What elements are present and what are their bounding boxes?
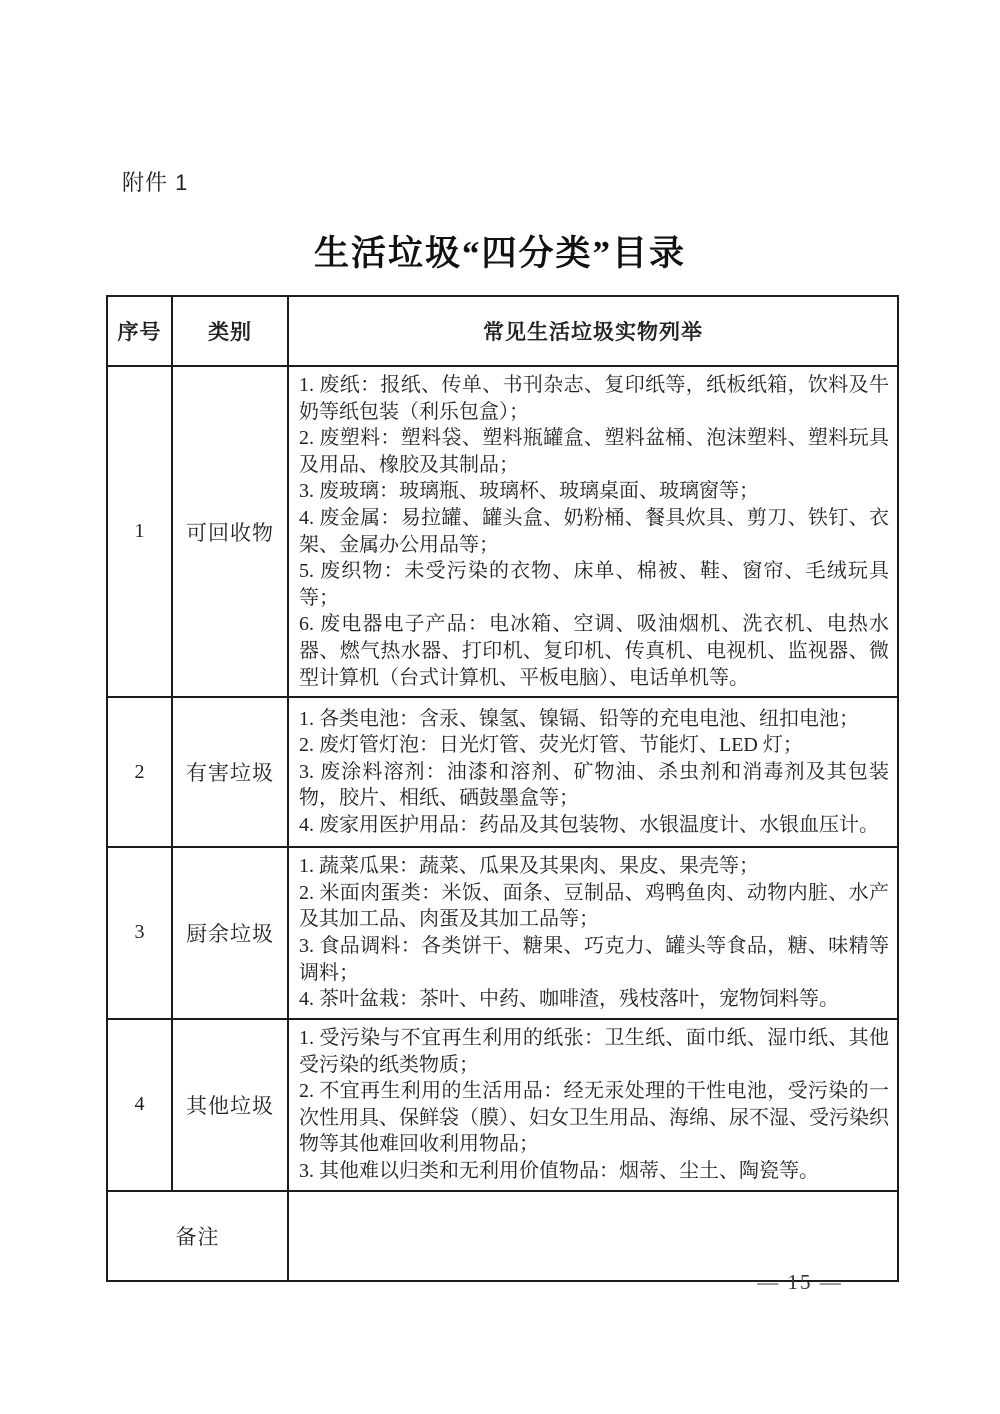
table-row-kitchen: 3 厨余垃圾 1. 蔬菜瓜果：蔬菜、瓜果及其果肉、果皮、果壳等； 2. 米面肉蛋… [107,847,898,1019]
page-title: 生活垃圾“四分类”目录 [0,226,1000,276]
example-item: 3. 废涂料溶剂：油漆和溶剂、矿物油、杀虫剂和消毒剂及其包装物，胶片、相纸、硒鼓… [299,759,889,812]
example-item: 4. 废金属：易拉罐、罐头盒、奶粉桶、餐具炊具、剪刀、铁钉、衣架、金属办公用品等… [299,505,889,558]
example-item: 4. 废家用医护用品：药品及其包装物、水银温度计、水银血压计。 [299,812,889,839]
table-header-row: 序号 类别 常见生活垃圾实物列举 [107,296,898,366]
table-row-recyclable: 1 可回收物 1. 废纸：报纸、传单、书刊杂志、复印纸等，纸板纸箱，饮料及牛奶等… [107,366,898,697]
column-header-category: 类别 [172,296,288,366]
attachment-label: 附件 1 [122,166,188,197]
example-item: 1. 蔬菜瓜果：蔬菜、瓜果及其果肉、果皮、果壳等； [299,853,889,880]
row-category: 厨余垃圾 [172,847,288,1019]
example-item: 3. 食品调料：各类饼干、糖果、巧克力、罐头等食品，糖、味精等调料； [299,933,889,986]
row-examples: 1. 受污染与不宜再生利用的纸张：卫生纸、面巾纸、湿巾纸、其他受污染的纸类物质；… [288,1019,898,1191]
row-examples: 1. 废纸：报纸、传单、书刊杂志、复印纸等，纸板纸箱，饮料及牛奶等纸包装（利乐包… [288,366,898,697]
row-category: 有害垃圾 [172,697,288,847]
example-item: 4. 茶叶盆栽：茶叶、中药、咖啡渣，残枝落叶，宠物饲料等。 [299,986,889,1013]
example-item: 2. 废塑料：塑料袋、塑料瓶罐盒、塑料盆桶、泡沫塑料、塑料玩具及用品、橡胶及其制… [299,425,889,478]
note-label: 备注 [107,1191,288,1281]
row-number: 2 [107,697,172,847]
example-item: 2. 不宜再生利用的生活用品：经无汞处理的干性电池，受污染的一次性用具、保鲜袋（… [299,1078,889,1158]
example-item: 1. 受污染与不宜再生利用的纸张：卫生纸、面巾纸、湿巾纸、其他受污染的纸类物质； [299,1025,889,1078]
page-number: — 15 — [0,1270,1000,1295]
example-item: 1. 废纸：报纸、传单、书刊杂志、复印纸等，纸板纸箱，饮料及牛奶等纸包装（利乐包… [299,372,889,425]
table-row-note: 备注 [107,1191,898,1281]
example-item: 6. 废电器电子产品：电冰箱、空调、吸油烟机、洗衣机、电热水器、燃气热水器、打印… [299,611,889,691]
waste-category-table: 序号 类别 常见生活垃圾实物列举 1 可回收物 1. 废纸：报纸、传单、书刊杂志… [106,295,899,1282]
example-item: 1. 各类电池：含汞、镍氢、镍镉、铅等的充电电池、纽扣电池； [299,706,889,733]
page-number-text: — 15 — [757,1270,843,1295]
example-item: 3. 废玻璃：玻璃瓶、玻璃杯、玻璃桌面、玻璃窗等； [299,478,889,505]
row-examples: 1. 蔬菜瓜果：蔬菜、瓜果及其果肉、果皮、果壳等； 2. 米面肉蛋类：米饭、面条… [288,847,898,1019]
row-category: 其他垃圾 [172,1019,288,1191]
note-content [288,1191,898,1281]
row-examples: 1. 各类电池：含汞、镍氢、镍镉、铅等的充电电池、纽扣电池； 2. 废灯管灯泡：… [288,697,898,847]
table-row-other: 4 其他垃圾 1. 受污染与不宜再生利用的纸张：卫生纸、面巾纸、湿巾纸、其他受污… [107,1019,898,1191]
table-row-hazardous: 2 有害垃圾 1. 各类电池：含汞、镍氢、镍镉、铅等的充电电池、纽扣电池； 2.… [107,697,898,847]
example-item: 2. 废灯管灯泡：日光灯管、荧光灯管、节能灯、LED 灯； [299,732,889,759]
column-header-no: 序号 [107,296,172,366]
row-number: 1 [107,366,172,697]
example-item: 2. 米面肉蛋类：米饭、面条、豆制品、鸡鸭鱼肉、动物内脏、水产及其加工品、肉蛋及… [299,880,889,933]
row-number: 3 [107,847,172,1019]
column-header-examples: 常见生活垃圾实物列举 [288,296,898,366]
example-item: 3. 其他难以归类和无利用价值物品：烟蒂、尘土、陶瓷等。 [299,1158,889,1185]
row-category: 可回收物 [172,366,288,697]
row-number: 4 [107,1019,172,1191]
document-page: 附件 1 生活垃圾“四分类”目录 序号 类别 常见生活垃圾实物列举 1 可回收物… [0,0,1000,1414]
example-item: 5. 废织物：未受污染的衣物、床单、棉被、鞋、窗帘、毛绒玩具等； [299,558,889,611]
